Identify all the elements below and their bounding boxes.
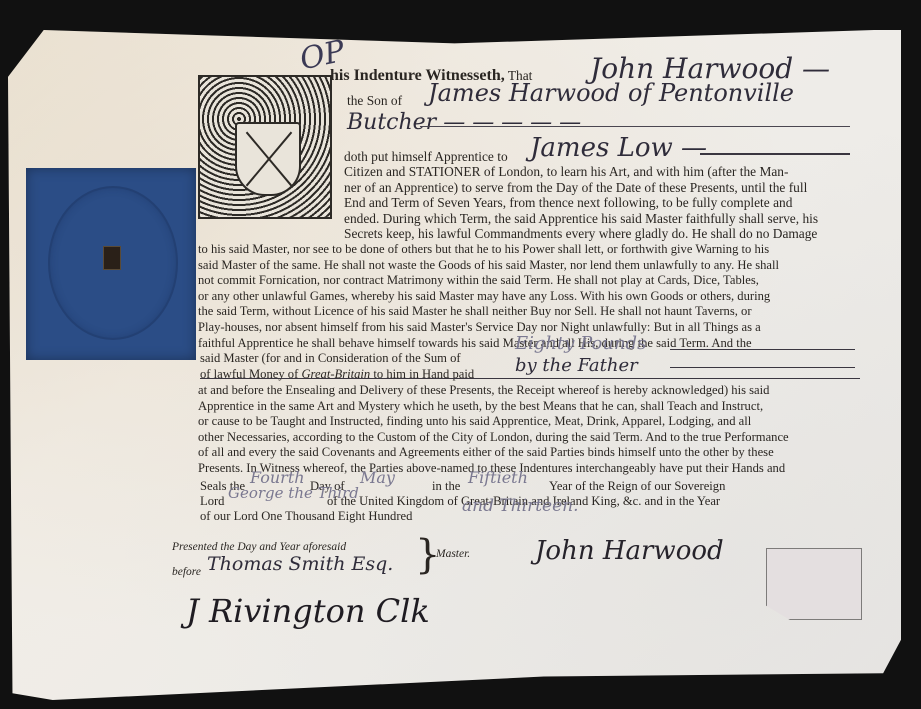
- apprentice-signature: John Harwood: [535, 536, 724, 566]
- seal-wafer-mark: [766, 548, 862, 620]
- master-label: Master.: [436, 547, 470, 563]
- money-label: of lawful Money of Great-Britain to him …: [200, 367, 474, 383]
- p3-line: Apprentice in the same Art and Mystery w…: [198, 399, 858, 415]
- regnal-year-value: Fiftieth: [468, 468, 528, 487]
- occupation-rule: [420, 126, 850, 127]
- p1-line: Citizen and STATIONER of London, to lear…: [344, 164, 854, 180]
- paid-by: by the Father: [515, 355, 638, 376]
- p2-line: the said Term, without Licence of his sa…: [198, 304, 858, 320]
- reign-label: Year of the Reign of our Sovereign: [549, 479, 725, 495]
- p2-line: not commit Fornication, nor contract Mat…: [198, 273, 858, 289]
- in-the-label: in the: [432, 479, 460, 495]
- p1-line: ner of an Apprentice) to serve from the …: [344, 180, 854, 196]
- clerk-signature: J Rivington Clk: [186, 592, 430, 630]
- decorated-initial-t-icon: [198, 75, 332, 219]
- p2-line: or any other unlawful Games, whereby his…: [198, 289, 858, 305]
- father-occupation: Butcher — — — — —: [347, 110, 581, 135]
- consideration-label: said Master (for and in Consideration of…: [200, 351, 461, 367]
- separator-rule: [200, 378, 860, 379]
- son-of-label: the Son of: [347, 93, 402, 109]
- lord-label: Lord: [200, 494, 224, 510]
- p2-line: to his said Master, nor see to be done o…: [198, 242, 858, 258]
- officer-name: Thomas Smith Esq.: [207, 553, 393, 575]
- year-label: of our Lord One Thousand Eight Hundred: [200, 509, 412, 525]
- p2-line: said Master of the same. He shall not wa…: [198, 258, 858, 274]
- consideration-rule: [670, 349, 855, 350]
- p1-line: Secrets keep, his lawful Commandments ev…: [344, 226, 854, 242]
- p3-line: other Necessaries, according to the Cust…: [198, 430, 858, 446]
- p3-line: or cause to be Taught and Instructed, fi…: [198, 414, 858, 430]
- p1-line: End and Term of Seven Years, from thence…: [344, 195, 854, 211]
- paragraph-1: Citizen and STATIONER of London, to lear…: [344, 164, 854, 242]
- consideration-sum: Eighty Pounds: [515, 333, 646, 354]
- p3-line: at and before the Ensealing and Delivery…: [198, 383, 858, 399]
- p1-line: ended. During which Term, the said Appre…: [344, 211, 854, 227]
- before-label: before: [172, 565, 201, 581]
- stamp-fastener-icon: [103, 246, 121, 270]
- month-value: May: [360, 468, 395, 487]
- year-value: and Thirteen.: [462, 496, 579, 516]
- paragraph-3: at and before the Ensealing and Delivery…: [198, 383, 858, 477]
- tax-stamp: [26, 168, 196, 360]
- master-name: James Low —: [530, 133, 707, 163]
- p3-line: of all and every the said Covenants and …: [198, 445, 858, 461]
- father-name: James Harwood of Pentonville: [428, 79, 794, 107]
- master-rule: [700, 153, 850, 155]
- paid-by-rule: [670, 367, 855, 368]
- coat-of-arms-icon: [235, 122, 301, 196]
- apprentice-to-label: doth put himself Apprentice to: [344, 149, 508, 165]
